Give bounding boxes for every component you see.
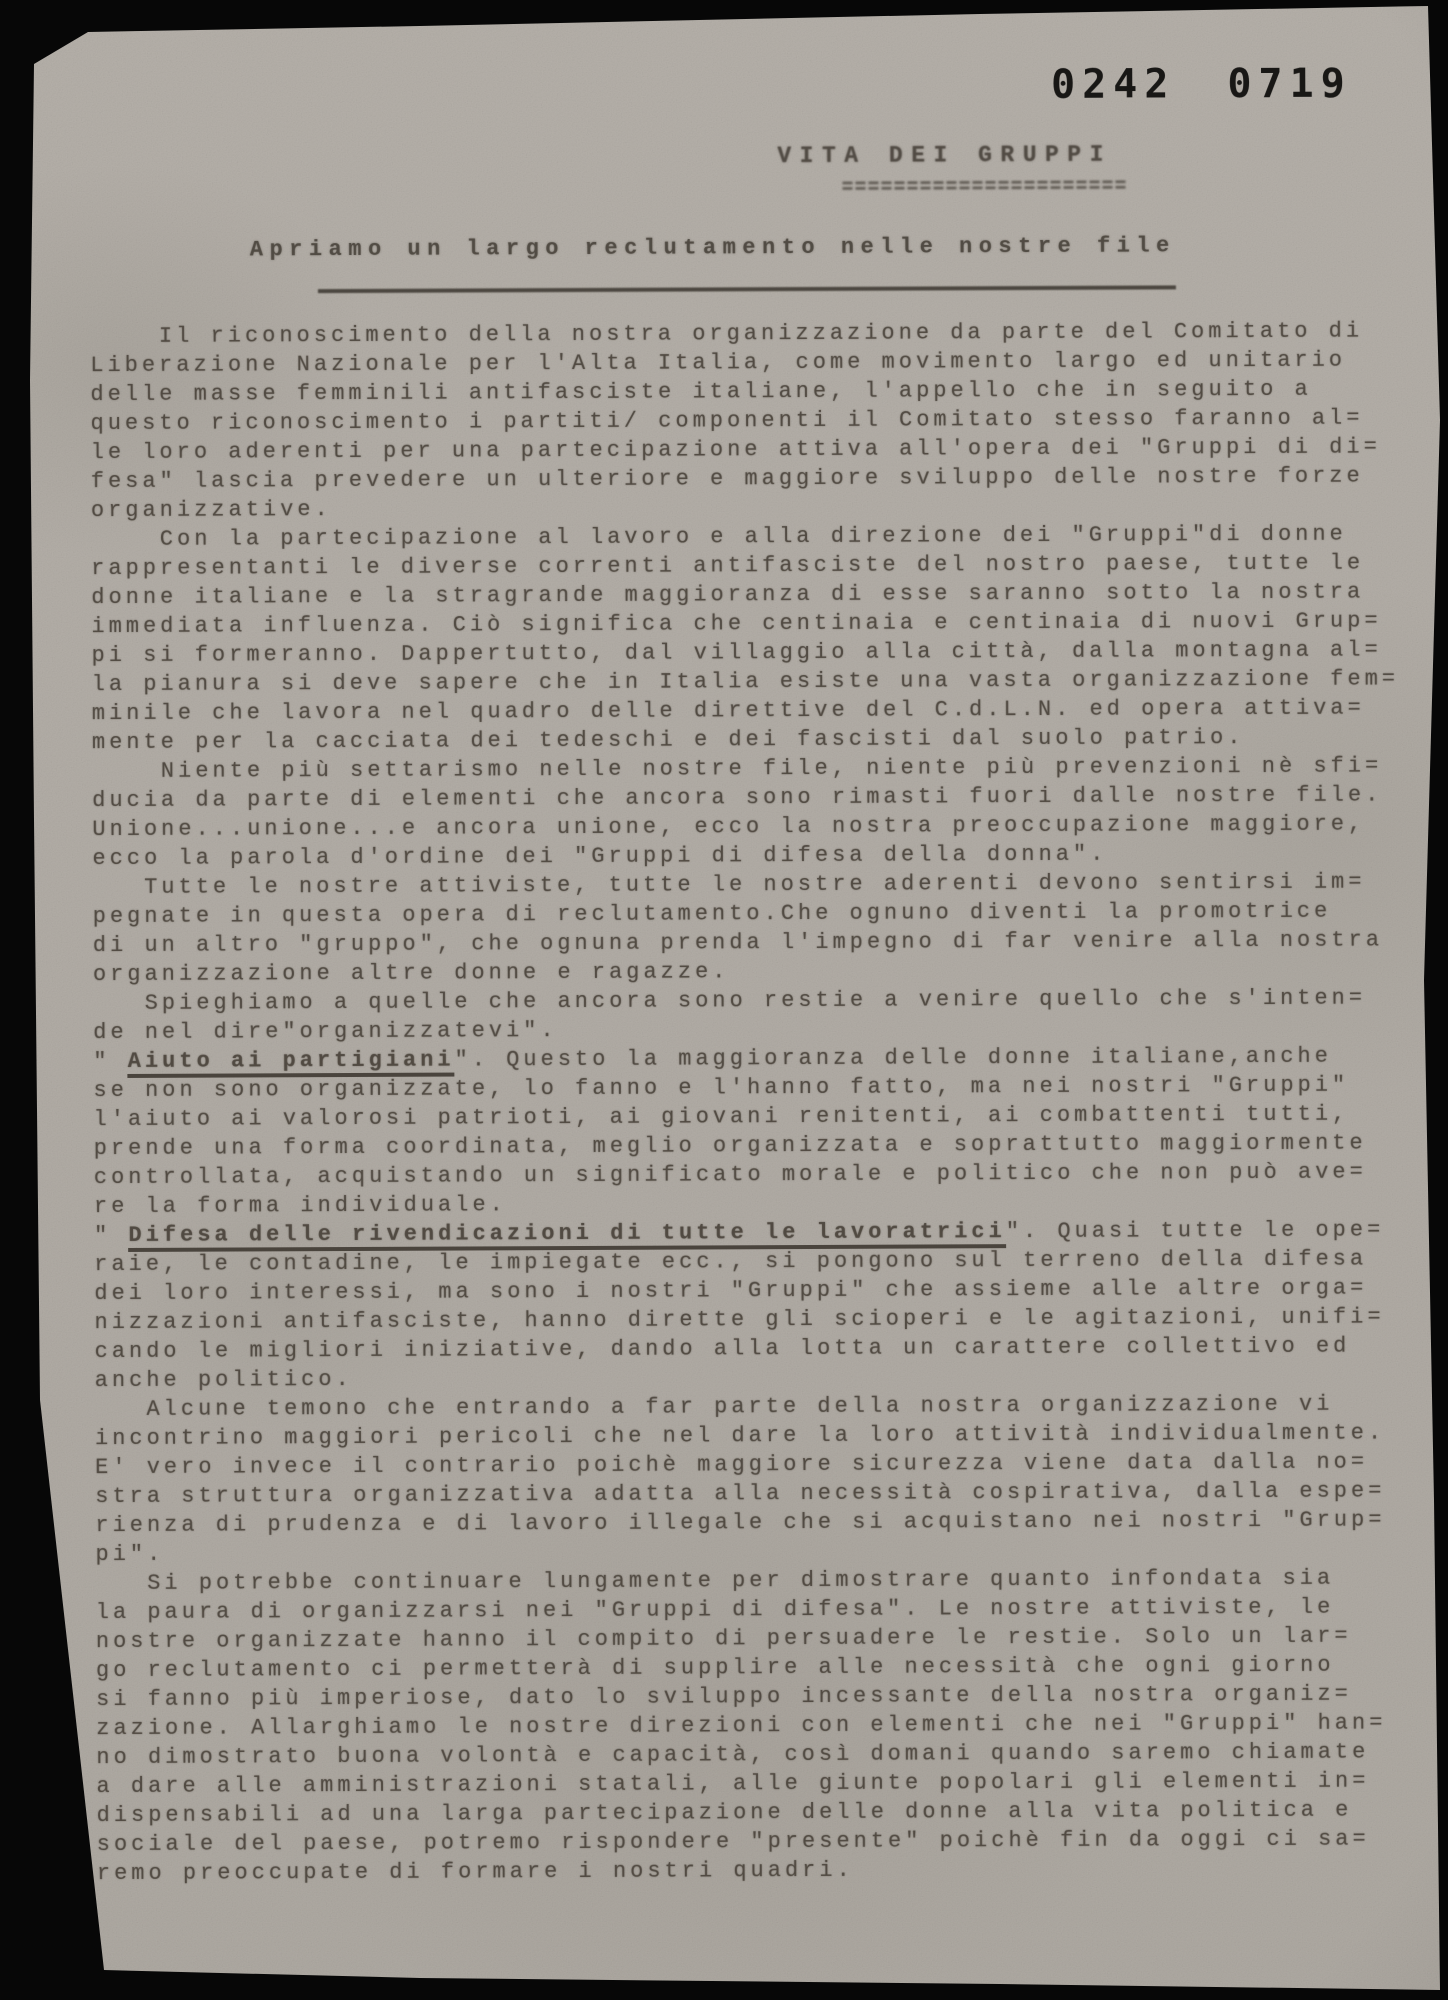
article-title: Apriamo un largo reclutamento nelle nost… [250, 233, 1176, 262]
stamp-left-number: 0242 [1051, 61, 1176, 108]
paragraph: Il riconoscimento della nostra organizza… [90, 316, 1421, 525]
document-page: 02420719 VITA DEI GRUPPI ===============… [0, 0, 1448, 2000]
text-line: remo preoccupate di formare i nostri qua… [97, 1853, 1427, 1888]
paragraph: Si potrebbe continuare lungamente per di… [96, 1563, 1427, 1888]
paragraph: " Aiuto ai partigiani". Questo la maggio… [93, 1041, 1424, 1221]
heading-prefix: " [94, 1223, 129, 1248]
paragraph: Niente più settarismo nelle nostre file,… [92, 751, 1422, 873]
heading-prefix: " [93, 1049, 128, 1074]
heading-suffix: ". Quasi tutte le ope= [1006, 1217, 1385, 1244]
title-rule: ====================== [841, 176, 1127, 200]
underlined-heading: Aiuto ai partigiani [128, 1048, 455, 1078]
page-content: 02420719 VITA DEI GRUPPI ===============… [0, 0, 1448, 2000]
paragraph: Con la partecipazione al lavoro e alla d… [91, 519, 1422, 757]
document-body: Il riconoscimento della nostra organizza… [90, 316, 1427, 1888]
section-title: VITA DEI GRUPPI [777, 142, 1112, 169]
archive-number-stamp: 02420719 [1051, 61, 1352, 108]
paragraph: Spieghiamo a quelle che ancora sono rest… [93, 983, 1423, 1047]
paragraph: " Difesa delle rivendicazioni di tutte l… [94, 1215, 1425, 1395]
article-title-underline [318, 285, 1176, 293]
stamp-right-number: 0719 [1227, 61, 1352, 108]
paragraph: Alcune temono che entrando a far parte d… [95, 1389, 1426, 1569]
heading-suffix: ". Questo la maggioranza delle donne ita… [455, 1044, 1332, 1073]
paragraph: Tutte le nostre attiviste, tutte le nost… [93, 867, 1423, 989]
scan-backdrop: 02420719 VITA DEI GRUPPI ===============… [0, 0, 1448, 2000]
